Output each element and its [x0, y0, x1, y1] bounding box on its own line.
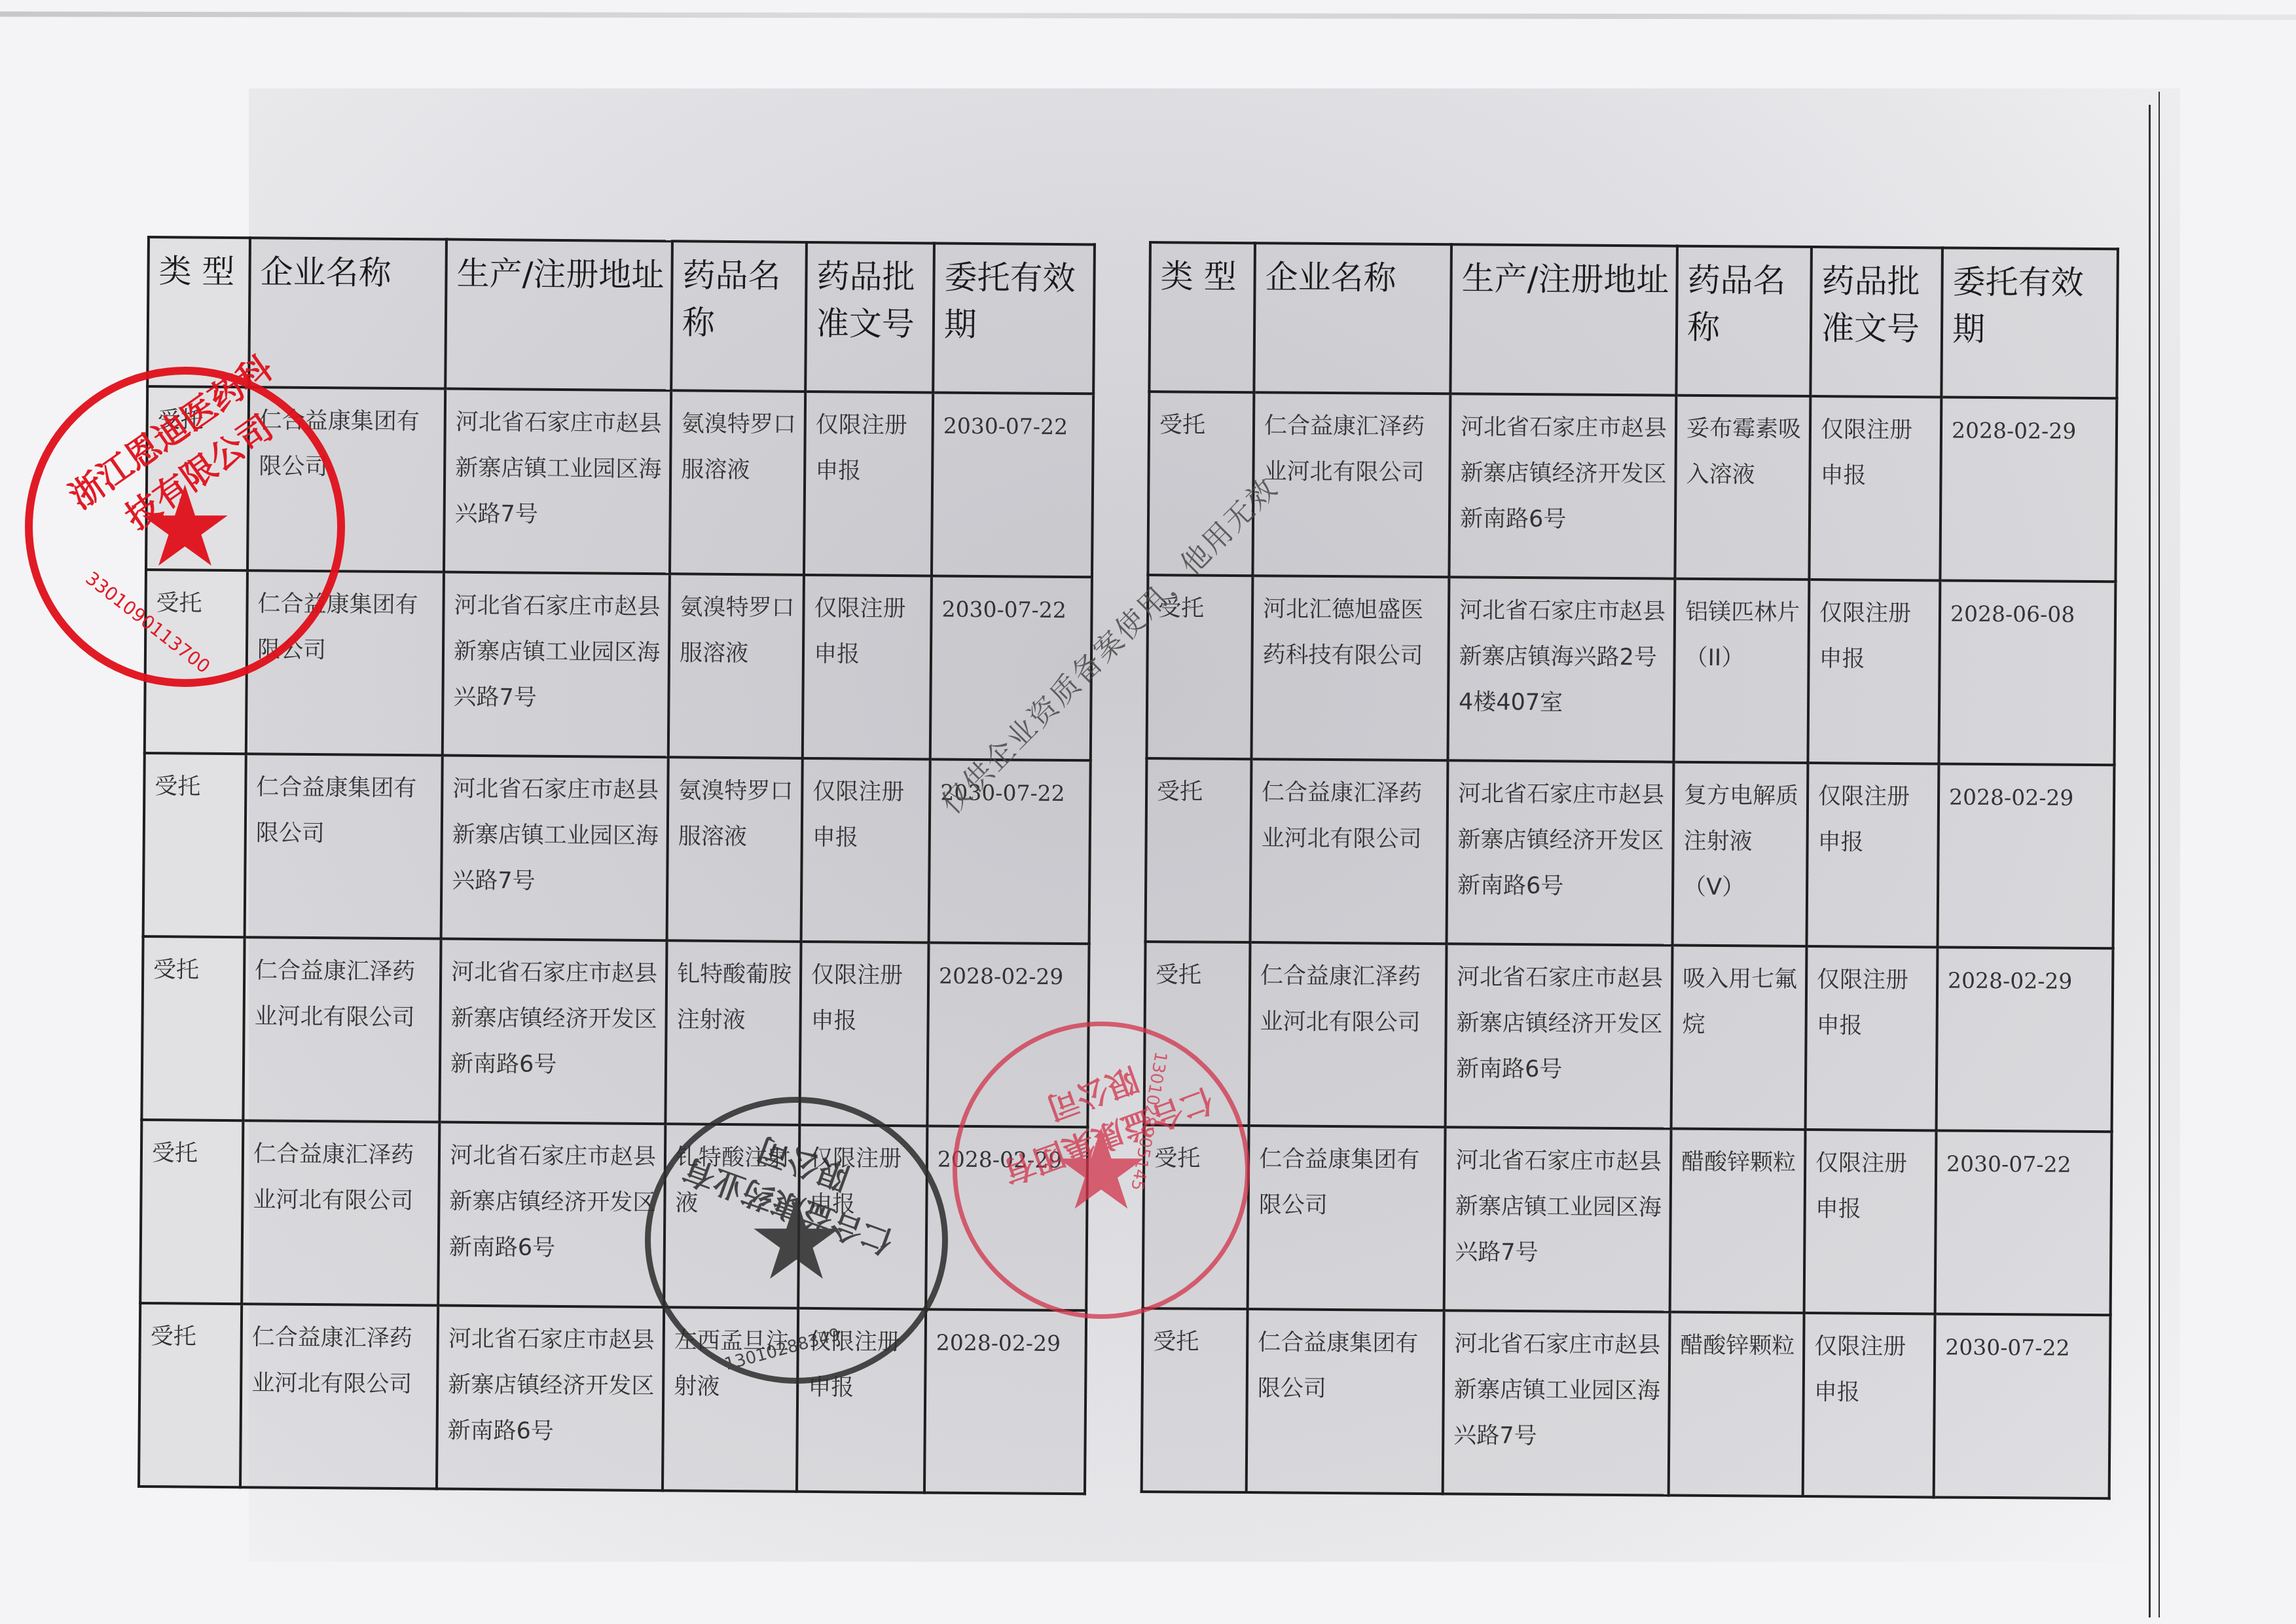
cell-valid-until: 2030-07-22	[932, 392, 1093, 577]
cell-company: 仁合益康汇泽药业河北有限公司	[240, 1304, 438, 1488]
table-row: 受托仁合益康集团有限公司河北省石家庄市赵县新寨店镇工业园区海兴路7号醋酸锌颗粒仅…	[1143, 1125, 2112, 1315]
company-seal-dark: 仁合益康药业有限公司 ★ 13010288349	[645, 1097, 948, 1384]
table-header-row: 类 型 企业名称 生产/注册地址 药品名称 药品批准文号 委托有效期	[1149, 242, 2118, 398]
cell-address: 河北省石家庄市赵县新寨店镇经济开发区新南路6号	[1447, 760, 1674, 945]
cell-valid-until: 2028-02-29	[1938, 764, 2115, 948]
cell-approval: 仅限注册申报	[804, 392, 933, 576]
header-address: 生产/注册地址	[445, 240, 672, 391]
cell-address: 河北省石家庄市赵县新寨店镇经济开发区新南路6号	[438, 1122, 665, 1308]
table-row: 受托仁合益康汇泽药业河北有限公司河北省石家庄市赵县新寨店镇经济开发区新南路6号复…	[1146, 758, 2115, 948]
cell-company: 河北汇德旭盛医药科技有限公司	[1251, 576, 1449, 760]
cell-company: 仁合益康集团有限公司	[245, 754, 443, 938]
cell-type: 受托	[141, 936, 244, 1120]
cell-address: 河北省石家庄市赵县新寨店镇经济开发区新南路6号	[437, 1306, 664, 1491]
cell-valid-until: 2028-02-29	[1937, 947, 2113, 1132]
table-header-row: 类 型 企业名称 生产/注册地址 药品名称 药品批准文号 委托有效期	[147, 237, 1095, 394]
cell-address: 河北省石家庄市赵县新寨店镇工业园区海兴路7号	[444, 389, 671, 574]
page-edge-line	[2159, 92, 2160, 1617]
header-drug: 药品名称	[1676, 246, 1812, 396]
page-edge-line	[2149, 105, 2151, 1617]
cell-company: 仁合益康汇泽药业河北有限公司	[1250, 759, 1448, 944]
header-company: 企业名称	[1254, 243, 1451, 394]
cell-company: 仁合益康汇泽药业河北有限公司	[242, 1120, 439, 1305]
header-company: 企业名称	[249, 238, 446, 388]
cell-approval: 仅限注册申报	[1806, 946, 1938, 1130]
header-drug: 药品名称	[671, 241, 807, 392]
cell-drug: 醋酸锌颗粒	[1669, 1312, 1804, 1496]
cell-approval: 仅限注册申报	[1809, 396, 1941, 580]
cell-company: 仁合益康汇泽药业河北有限公司	[1249, 942, 1447, 1127]
cell-company: 仁合益康汇泽药业河北有限公司	[243, 937, 441, 1122]
company-seal-red-middle: 仁合益康集团有限公司 ★ 1301028905145	[953, 1022, 1250, 1319]
cell-type: 受托	[139, 1303, 242, 1487]
header-type: 类 型	[1149, 242, 1255, 392]
right-entrustment-table: 类 型 企业名称 生产/注册地址 药品名称 药品批准文号 委托有效期 受托仁合益…	[1140, 241, 2119, 1500]
scan-edge-band	[0, 12, 2296, 20]
table-row: 受托仁合益康汇泽药业河北有限公司河北省石家庄市赵县新寨店镇经济开发区新南路6号妥…	[1148, 392, 2117, 581]
table-row: 受托河北汇德旭盛医药科技有限公司河北省石家庄市赵县新寨店镇海兴路2号4楼407室…	[1146, 575, 2115, 765]
cell-valid-until: 2030-07-22	[1935, 1130, 2112, 1315]
company-seal-red-left: 浙江恩迪医药科技有限公司 ★ 3301090113700	[25, 367, 345, 687]
cell-company: 仁合益康集团有限公司	[1247, 1309, 1444, 1494]
cell-drug: 复方电解质注射液（V）	[1673, 762, 1808, 946]
cell-address: 河北省石家庄市赵县新寨店镇经济开发区新南路6号	[439, 939, 666, 1124]
cell-approval: 仅限注册申报	[801, 758, 930, 943]
cell-drug: 氨溴特罗口服溶液	[670, 390, 805, 575]
cell-valid-until: 2028-06-08	[1939, 580, 2115, 765]
cell-drug: 醋酸锌颗粒	[1670, 1129, 1806, 1313]
header-approval: 药品批准文号	[1810, 247, 1942, 397]
cell-approval: 仅限注册申报	[803, 575, 932, 760]
cell-type: 受托	[1142, 1308, 1248, 1492]
cell-valid-until: 2028-02-29	[1940, 397, 2117, 581]
cell-company: 仁合益康汇泽药业河北有限公司	[1252, 392, 1450, 577]
cell-address: 河北省石家庄市赵县新寨店镇工业园区海兴路7号	[1444, 1127, 1671, 1312]
cell-address: 河北省石家庄市赵县新寨店镇经济开发区新南路6号	[1446, 944, 1673, 1128]
cell-drug: 妥布霉素吸入溶液	[1675, 396, 1810, 580]
table-row: 受托仁合益康集团有限公司河北省石家庄市赵县新寨店镇工业园区海兴路7号醋酸锌颗粒仅…	[1142, 1308, 2111, 1498]
cell-approval: 仅限注册申报	[1807, 763, 1939, 947]
header-valid-until: 委托有效期	[933, 243, 1095, 394]
cell-address: 河北省石家庄市赵县新寨店镇工业园区海兴路7号	[1443, 1310, 1670, 1495]
cell-valid-until: 2030-07-22	[1934, 1314, 2111, 1498]
cell-valid-until: 2028-02-29	[924, 1309, 1086, 1494]
cell-drug: 氨溴特罗口服溶液	[667, 757, 803, 942]
table-row: 受托仁合益康汇泽药业河北有限公司河北省石家庄市赵县新寨店镇经济开发区新南路6号左…	[139, 1303, 1086, 1494]
table-row: 受托仁合益康汇泽药业河北有限公司河北省石家庄市赵县新寨店镇经济开发区新南路6号钆…	[141, 936, 1089, 1127]
cell-drug: 氨溴特罗口服溶液	[668, 574, 804, 758]
cell-address: 河北省石家庄市赵县新寨店镇海兴路2号4楼407室	[1448, 577, 1675, 762]
header-approval: 药品批准文号	[805, 242, 934, 393]
cell-type: 受托	[143, 753, 246, 937]
cell-type: 受托	[140, 1120, 243, 1304]
cell-address: 河北省石家庄市赵县新寨店镇工业园区海兴路7号	[441, 756, 668, 941]
table-row: 受托仁合益康汇泽药业河北有限公司河北省石家庄市赵县新寨店镇经济开发区新南路6号吸…	[1144, 942, 2113, 1132]
cell-address: 河北省石家庄市赵县新寨店镇工业园区海兴路7号	[443, 572, 670, 758]
cell-drug: 铝镁匹林片（II）	[1673, 579, 1809, 763]
cell-approval: 仅限注册申报	[1804, 1130, 1937, 1314]
seal-code: 13010288349	[722, 1325, 843, 1375]
cell-approval: 仅限注册申报	[1803, 1313, 1935, 1497]
header-valid-until: 委托有效期	[1941, 248, 2118, 398]
cell-drug: 吸入用七氟烷	[1671, 946, 1807, 1130]
cell-address: 河北省石家庄市赵县新寨店镇经济开发区新南路6号	[1449, 394, 1676, 578]
cell-type: 受托	[1146, 758, 1252, 942]
cell-approval: 仅限注册申报	[1808, 580, 1940, 764]
header-address: 生产/注册地址	[1450, 244, 1677, 395]
cell-company: 仁合益康集团有限公司	[1248, 1126, 1446, 1310]
